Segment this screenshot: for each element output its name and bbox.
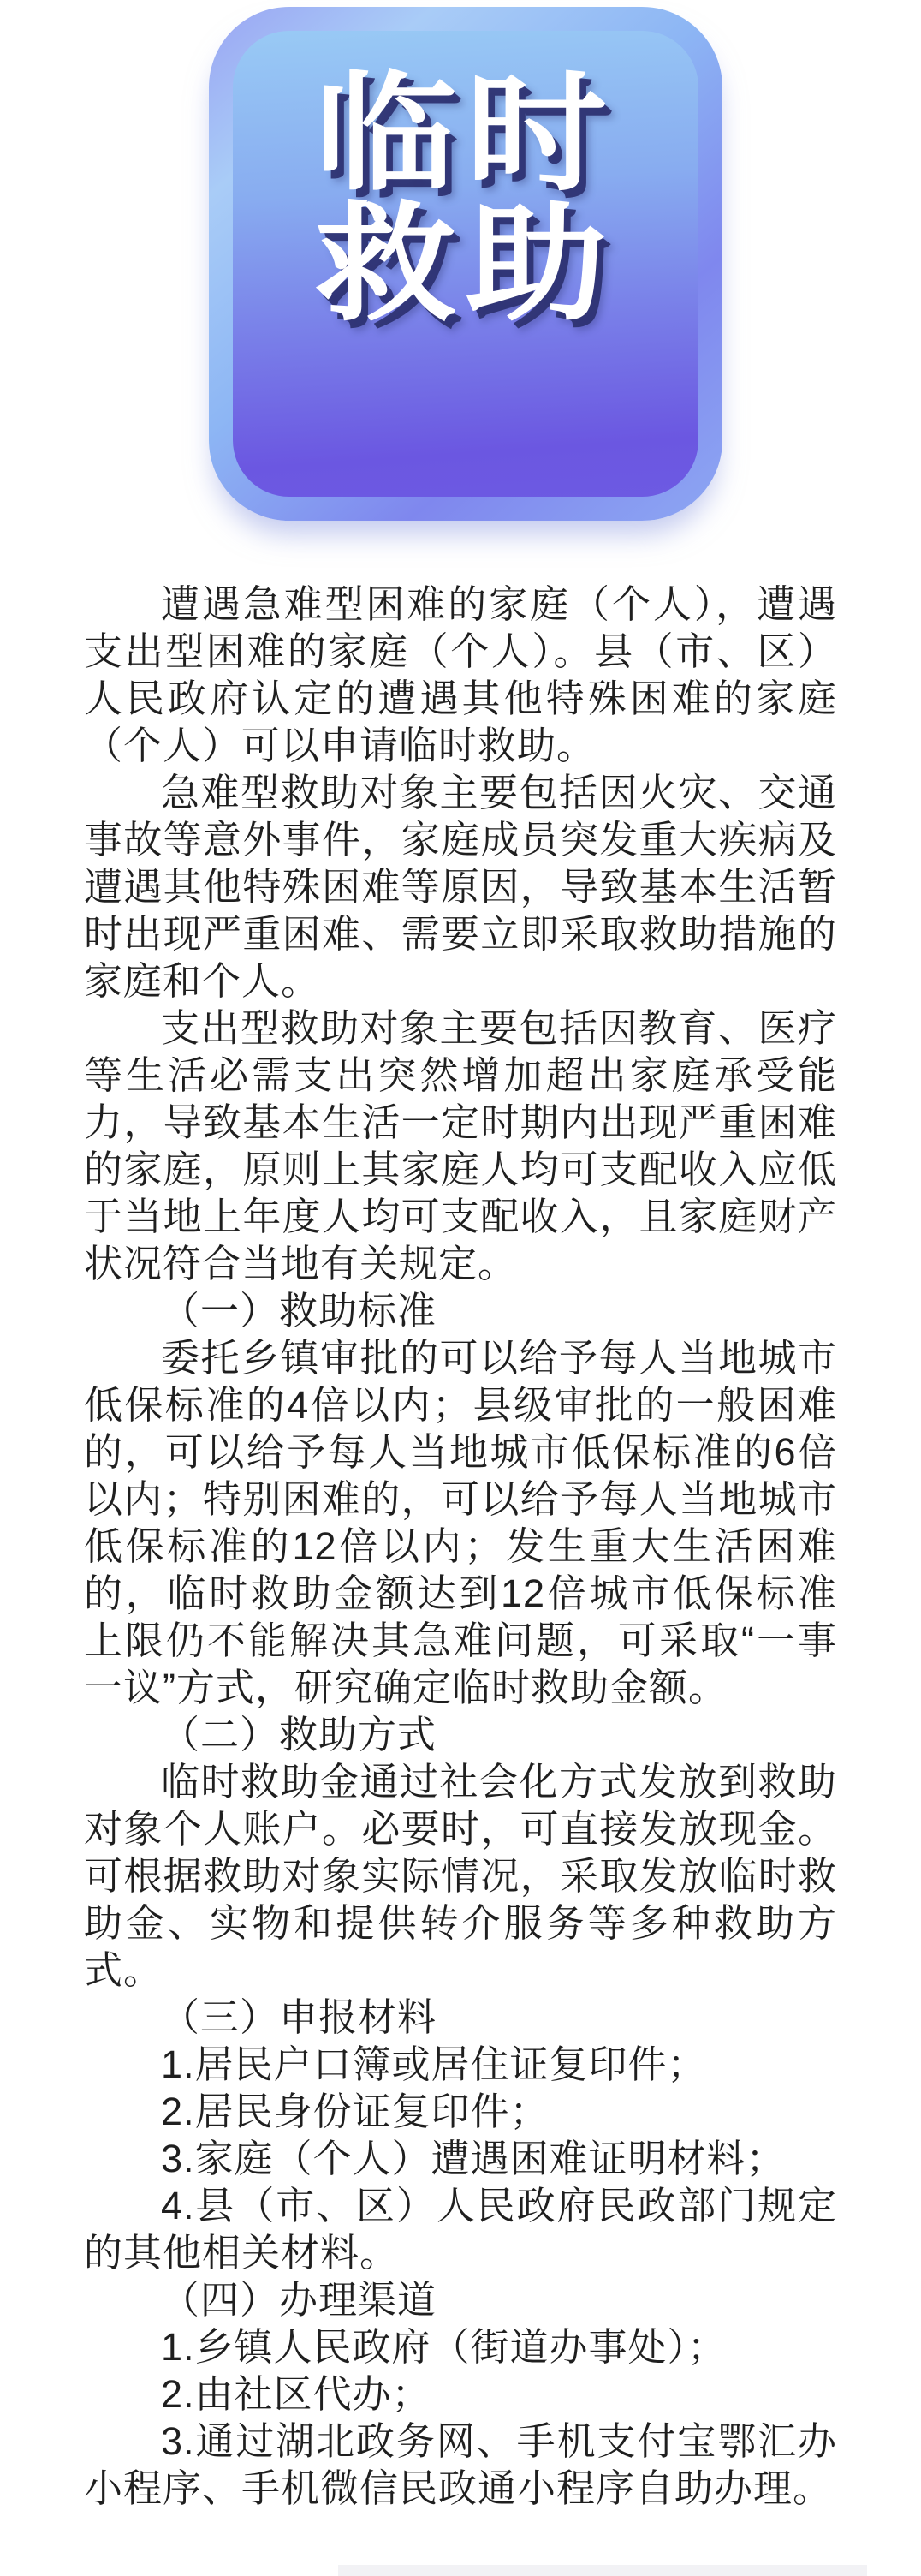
channel-item-3: 3.通过湖北政务网、手机支付宝鄂汇办小程序、手机微信民政通小程序自助办理。	[84, 2418, 837, 2512]
heading-assistance-method: （二）救助方式	[84, 1711, 837, 1758]
heading-application-materials: （三）申报材料	[84, 1994, 837, 2041]
paragraph-assistance-standard: 委托乡镇审批的可以给予每人当地城市低保标准的4倍以内；县级审批的一般困难的，可以…	[84, 1334, 837, 1711]
heading-processing-channels: （四）办理渠道	[84, 2276, 837, 2323]
badge-title-line1: 临时	[210, 69, 722, 199]
bottom-divider	[338, 2565, 867, 2576]
channel-item-2: 2.由社区代办；	[84, 2370, 837, 2418]
channel-item-1: 1.乡镇人民政府（街道办事处）；	[84, 2323, 837, 2370]
badge-title-line2: 救助	[210, 199, 722, 329]
badge-title: 临时 救助	[210, 69, 722, 329]
paragraph-emergency-type: 急难型救助对象主要包括因火灾、交通事故等意外事件，家庭成员突发重大疾病及遭遇其他…	[84, 769, 837, 1005]
material-item-4: 4.县（市、区）人民政府民政部门规定的其他相关材料。	[84, 2182, 837, 2276]
article-body: 遭遇急难型困难的家庭（个人），遭遇支出型困难的家庭（个人）。县（市、区）人民政府…	[84, 581, 837, 2512]
paragraph-expenditure-type: 支出型救助对象主要包括因教育、医疗等生活必需支出突然增加超出家庭承受能力，导致基…	[84, 1005, 837, 1287]
material-item-1: 1.居民户口簿或居住证复印件；	[84, 2041, 837, 2088]
temporary-assistance-badge: 临时 救助	[209, 7, 722, 521]
material-item-3: 3.家庭（个人）遭遇困难证明材料；	[84, 2135, 837, 2182]
badge-panel: 临时 救助	[233, 31, 698, 497]
material-item-2: 2.居民身份证复印件；	[84, 2088, 837, 2135]
paragraph-eligibility: 遭遇急难型困难的家庭（个人），遭遇支出型困难的家庭（个人）。县（市、区）人民政府…	[84, 581, 837, 769]
heading-assistance-standard: （一）救助标准	[84, 1287, 837, 1334]
paragraph-assistance-method: 临时救助金通过社会化方式发放到救助对象个人账户。必要时，可直接发放现金。可根据救…	[84, 1758, 837, 1994]
article-page: 临时 救助 遭遇急难型困难的家庭（个人），遭遇支出型困难的家庭（个人）。县（市、…	[0, 0, 921, 2576]
